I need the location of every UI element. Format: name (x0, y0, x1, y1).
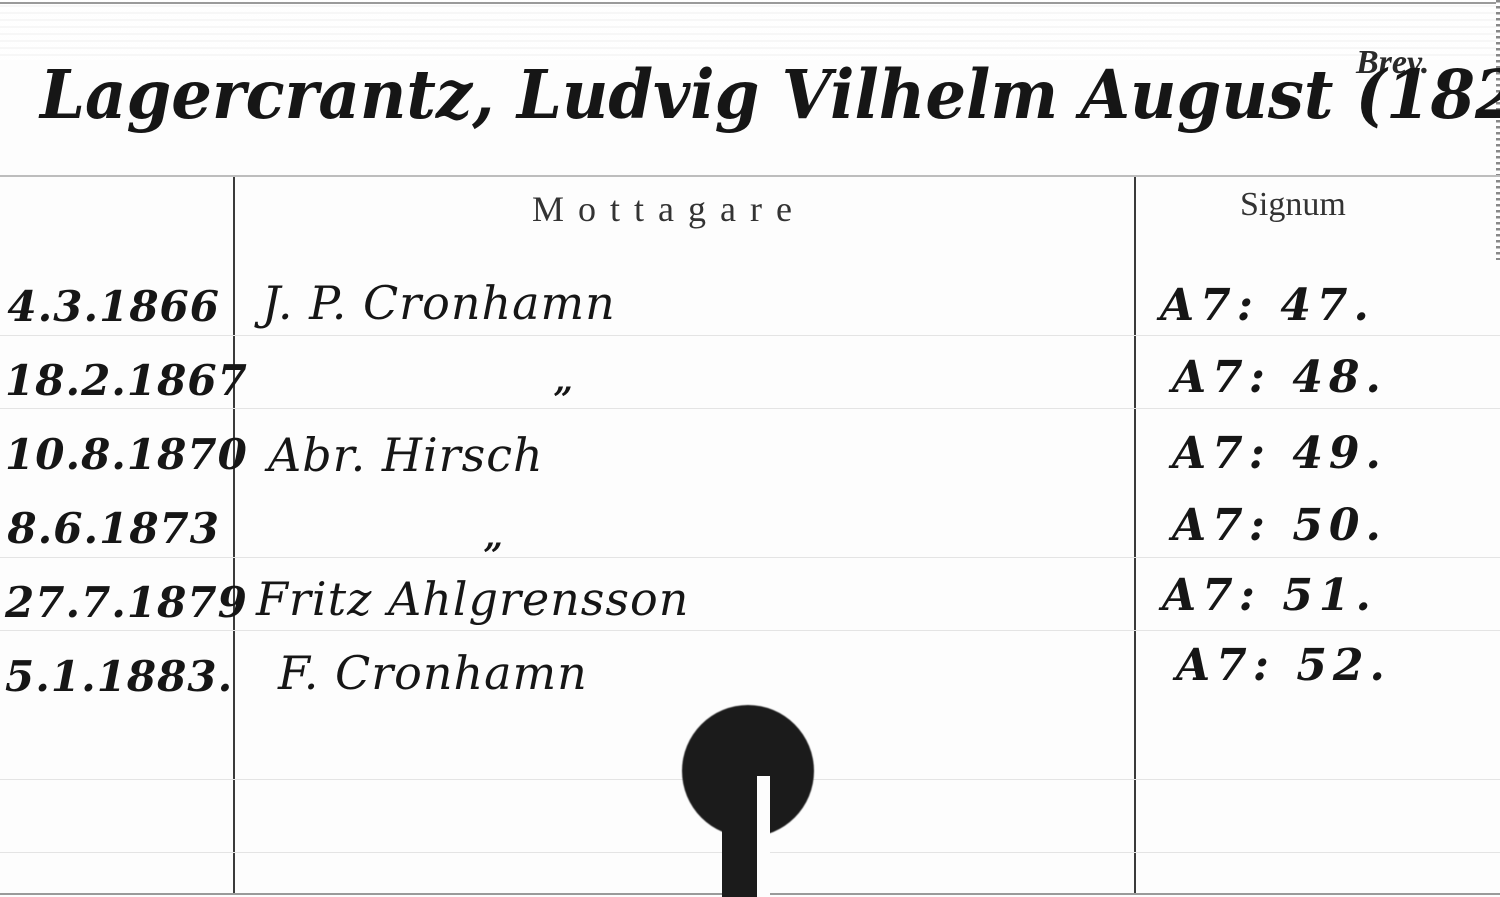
entry-signum: A7: 51. (1162, 570, 1377, 621)
faint-rule (0, 630, 1500, 631)
column-header-recipient: Mottagare (532, 188, 806, 230)
entry-signum: A7: 48. (1172, 352, 1387, 403)
entry-recipient: J. P. Cronhamn (262, 276, 616, 330)
entry-date: 18.2.1867 (5, 356, 220, 405)
entry-recipient: F. Cronhamn (278, 646, 588, 700)
faint-rule (0, 557, 1500, 558)
card-title: Lagercrantz, Ludvig Vilhelm August (1825… (40, 56, 1500, 135)
entry-date: 10.8.1870 (5, 430, 220, 479)
entry-date: 27.7.1879 (5, 578, 220, 627)
faint-rule (0, 408, 1500, 409)
entry-signum: A7: 47. (1160, 280, 1375, 331)
entry-date: 5.1.1883. (5, 652, 220, 701)
archive-index-card: Brev. Lagercrantz, Ludvig Vilhelm August… (0, 0, 1500, 897)
entry-recipient: Abr. Hirsch (268, 428, 544, 482)
faint-rule (0, 335, 1500, 336)
card-top-texture (0, 0, 1500, 60)
header-divider (0, 175, 1500, 177)
entry-date: 8.6.1873 (5, 504, 220, 553)
entry-date: 4.3.1866 (5, 282, 220, 331)
entry-recipient: Fritz Ahlgrensson (256, 572, 689, 626)
entry-recipient-ditto: ” (553, 380, 574, 420)
entry-signum: A7: 49. (1172, 428, 1387, 479)
column-header-signum: Signum (1240, 186, 1346, 224)
entry-signum: A7: 52. (1176, 640, 1391, 691)
entry-signum: A7: 50. (1172, 500, 1387, 551)
entry-recipient-ditto: ” (483, 536, 504, 576)
card-top-edge (0, 2, 1500, 4)
column-divider-date (233, 177, 235, 895)
column-divider-signum (1134, 177, 1136, 895)
card-punch-slot-gap (757, 776, 770, 897)
